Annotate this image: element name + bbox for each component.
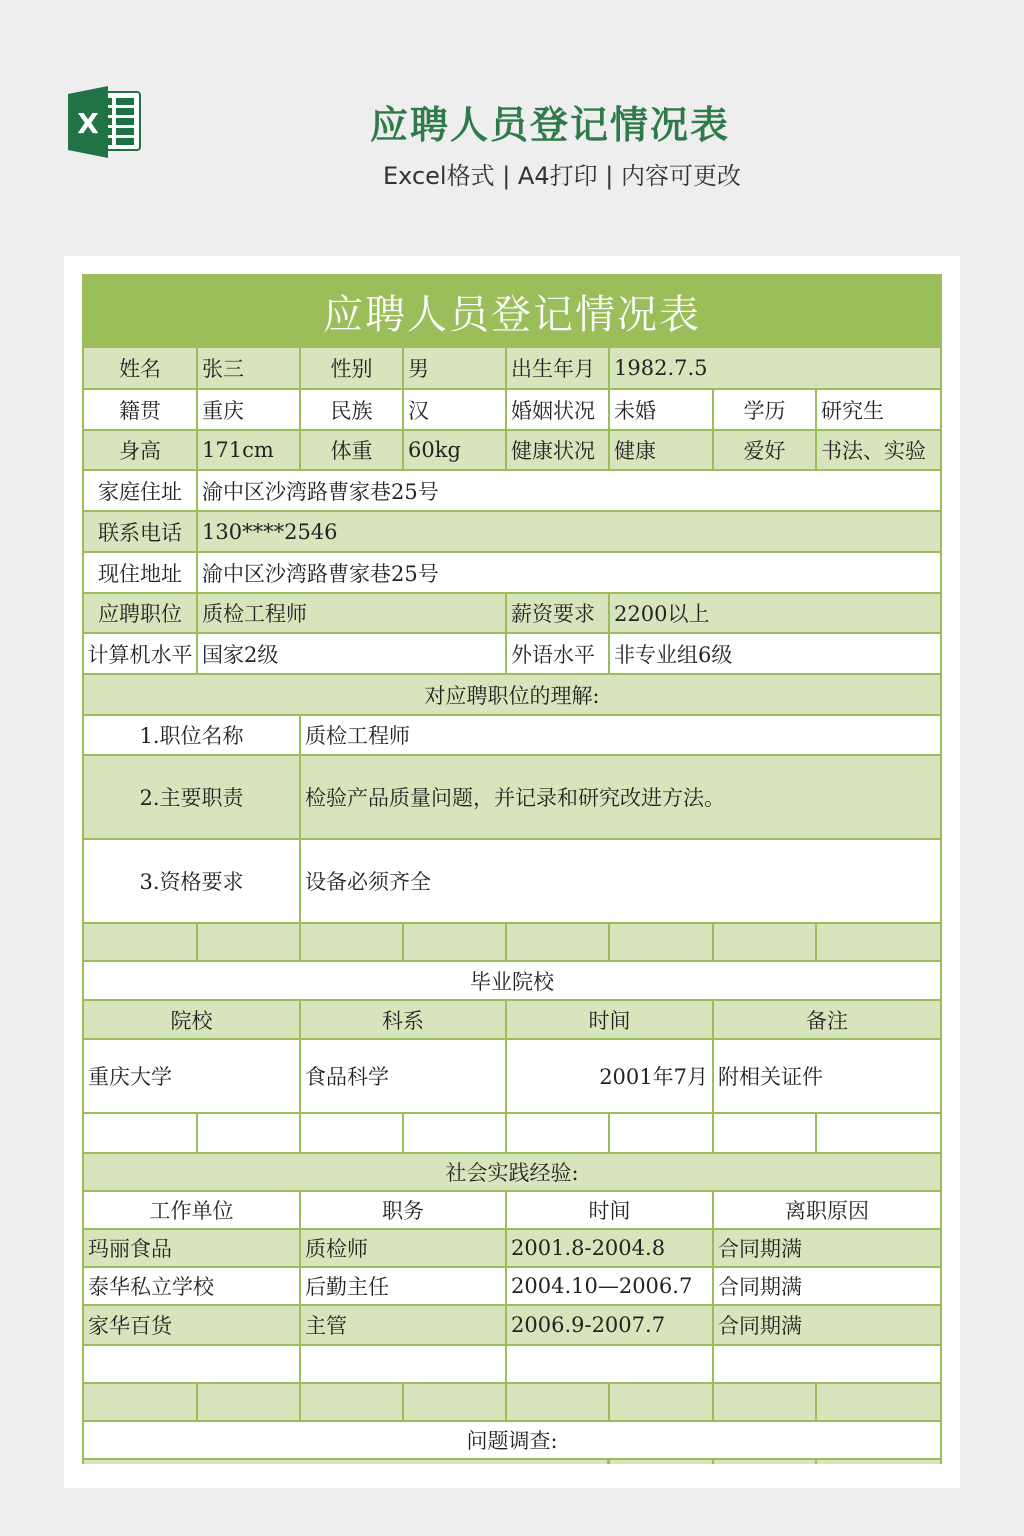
name-label: 姓名 xyxy=(82,346,198,390)
empty-cell[interactable] xyxy=(402,1112,507,1154)
sheet-title: 应聘人员登记情况表 xyxy=(82,274,942,348)
empty-cell[interactable] xyxy=(196,1382,301,1422)
responsibilities-label: 2.主要职责 xyxy=(82,754,301,840)
phone-label: 联系电话 xyxy=(82,510,198,553)
experience-role[interactable]: 后勤主任 xyxy=(299,1266,507,1306)
job-title-value[interactable]: 质检工程师 xyxy=(299,714,942,756)
empty-cell[interactable] xyxy=(299,1382,404,1422)
empty-cell[interactable] xyxy=(712,922,817,962)
position-label: 应聘职位 xyxy=(82,592,198,634)
empty-cell[interactable] xyxy=(505,922,610,962)
name-value[interactable]: 张三 xyxy=(196,346,301,390)
experience-employer[interactable]: 家华百货 xyxy=(82,1304,301,1346)
experience-role[interactable]: 质检师 xyxy=(299,1228,507,1268)
graduation-time[interactable]: 2001年7月 xyxy=(505,1038,714,1114)
empty-cell[interactable] xyxy=(712,1382,817,1422)
graduation-department[interactable]: 食品科学 xyxy=(299,1038,507,1114)
height-label: 身高 xyxy=(82,429,198,471)
experience-employer[interactable]: 玛丽食品 xyxy=(82,1228,301,1268)
experience-time[interactable]: 2004.10—2006.7 xyxy=(505,1266,714,1306)
hobby-label: 爱好 xyxy=(712,429,817,471)
empty-cell[interactable] xyxy=(815,1112,942,1154)
health-value[interactable]: 健康 xyxy=(608,429,714,471)
gender-label: 性别 xyxy=(299,346,404,390)
experience-employer[interactable]: 泰华私立学校 xyxy=(82,1266,301,1306)
education-value[interactable]: 研究生 xyxy=(815,388,942,431)
empty-cell[interactable] xyxy=(299,922,404,962)
experience-col-employer: 工作单位 xyxy=(82,1190,301,1230)
experience-col-role: 职务 xyxy=(299,1190,507,1230)
empty-cell[interactable] xyxy=(196,1112,301,1154)
empty-cell[interactable] xyxy=(82,1382,198,1422)
home-label: 家庭住址 xyxy=(82,469,198,512)
empty-cell[interactable] xyxy=(82,922,198,962)
graduation-col-school: 院校 xyxy=(82,999,301,1040)
gender-value[interactable]: 男 xyxy=(402,346,507,390)
page-subtitle: Excel格式 | A4打印 | 内容可更改 xyxy=(300,156,824,191)
empty-cell[interactable] xyxy=(402,1382,507,1422)
survey-heading: 问题调查: xyxy=(82,1420,942,1460)
marital-label: 婚姻状况 xyxy=(505,388,610,431)
salary-value[interactable]: 2200以上 xyxy=(608,592,942,634)
excel-icon: X xyxy=(66,86,144,158)
empty-cell[interactable] xyxy=(402,922,507,962)
empty-cell[interactable] xyxy=(608,1382,714,1422)
qualifications-value[interactable]: 设备必须齐全 xyxy=(299,838,942,924)
graduation-col-department: 科系 xyxy=(299,999,507,1040)
language-label: 外语水平 xyxy=(505,632,610,675)
experience-time[interactable]: 2001.8-2004.8 xyxy=(505,1228,714,1268)
height-value[interactable]: 171cm xyxy=(196,429,301,471)
responsibilities-value[interactable]: 检验产品质量问题，并记录和研究改进方法。 xyxy=(299,754,942,840)
current-address-value[interactable]: 渝中区沙湾路曹家巷25号 xyxy=(196,551,942,594)
job-title-label: 1.职位名称 xyxy=(82,714,301,756)
weight-label: 体重 xyxy=(299,429,404,471)
empty-cell[interactable] xyxy=(82,1112,198,1154)
graduation-col-remark: 备注 xyxy=(712,999,942,1040)
education-label: 学历 xyxy=(712,388,817,431)
computer-value[interactable]: 国家2级 xyxy=(196,632,507,675)
origin-label: 籍贯 xyxy=(82,388,198,431)
origin-value[interactable]: 重庆 xyxy=(196,388,301,431)
health-label: 健康状况 xyxy=(505,429,610,471)
empty-cell[interactable] xyxy=(505,1112,610,1154)
experience-col-reason: 离职原因 xyxy=(712,1190,942,1230)
hobby-value[interactable]: 书法、实验 xyxy=(815,429,942,471)
experience-time[interactable]: 2006.9-2007.7 xyxy=(505,1304,714,1346)
page-title: 应聘人员登记情况表 xyxy=(300,94,800,149)
empty-cell[interactable] xyxy=(712,1344,942,1384)
marital-value[interactable]: 未婚 xyxy=(608,388,714,431)
empty-cell[interactable] xyxy=(815,922,942,962)
computer-label: 计算机水平 xyxy=(82,632,198,675)
qualifications-label: 3.资格要求 xyxy=(82,838,301,924)
empty-cell[interactable] xyxy=(815,1458,942,1464)
empty-cell[interactable] xyxy=(299,1112,404,1154)
position-value[interactable]: 质检工程师 xyxy=(196,592,507,634)
experience-reason[interactable]: 合同期满 xyxy=(712,1228,942,1268)
language-value[interactable]: 非专业组6级 xyxy=(608,632,942,675)
experience-reason[interactable]: 合同期满 xyxy=(712,1304,942,1346)
graduation-school[interactable]: 重庆大学 xyxy=(82,1038,301,1114)
birth-value[interactable]: 1982.7.5 xyxy=(608,346,942,390)
graduation-col-time: 时间 xyxy=(505,999,714,1040)
understanding-heading: 对应聘职位的理解: xyxy=(82,673,942,716)
empty-cell[interactable] xyxy=(712,1458,817,1464)
empty-cell[interactable] xyxy=(505,1344,714,1384)
svg-text:X: X xyxy=(77,107,99,140)
empty-cell[interactable] xyxy=(608,1112,714,1154)
empty-cell[interactable] xyxy=(712,1112,817,1154)
empty-cell[interactable] xyxy=(82,1458,609,1464)
birth-label: 出生年月 xyxy=(505,346,610,390)
registration-sheet: 应聘人员登记情况表 姓名 张三 性别 男 出生年月 1982.7.5 籍贯 重庆… xyxy=(82,274,942,1464)
empty-cell[interactable] xyxy=(505,1382,610,1422)
salary-label: 薪资要求 xyxy=(505,592,610,634)
home-value[interactable]: 渝中区沙湾路曹家巷25号 xyxy=(196,469,942,512)
graduation-remark[interactable]: 附相关证件 xyxy=(712,1038,942,1114)
graduation-heading: 毕业院校 xyxy=(82,960,942,1001)
current-address-label: 现住地址 xyxy=(82,551,198,594)
empty-cell[interactable] xyxy=(299,1344,507,1384)
phone-value[interactable]: 130****2546 xyxy=(196,510,942,553)
experience-reason[interactable]: 合同期满 xyxy=(712,1266,942,1306)
empty-cell[interactable] xyxy=(608,1458,714,1464)
experience-role[interactable]: 主管 xyxy=(299,1304,507,1346)
empty-cell[interactable] xyxy=(608,922,714,962)
experience-heading: 社会实践经验: xyxy=(82,1152,942,1192)
empty-cell[interactable] xyxy=(196,922,301,962)
weight-value[interactable]: 60kg xyxy=(402,429,507,471)
ethnicity-label: 民族 xyxy=(299,388,404,431)
ethnicity-value[interactable]: 汉 xyxy=(402,388,507,431)
experience-col-time: 时间 xyxy=(505,1190,714,1230)
empty-cell[interactable] xyxy=(815,1382,942,1422)
empty-cell[interactable] xyxy=(82,1344,301,1384)
